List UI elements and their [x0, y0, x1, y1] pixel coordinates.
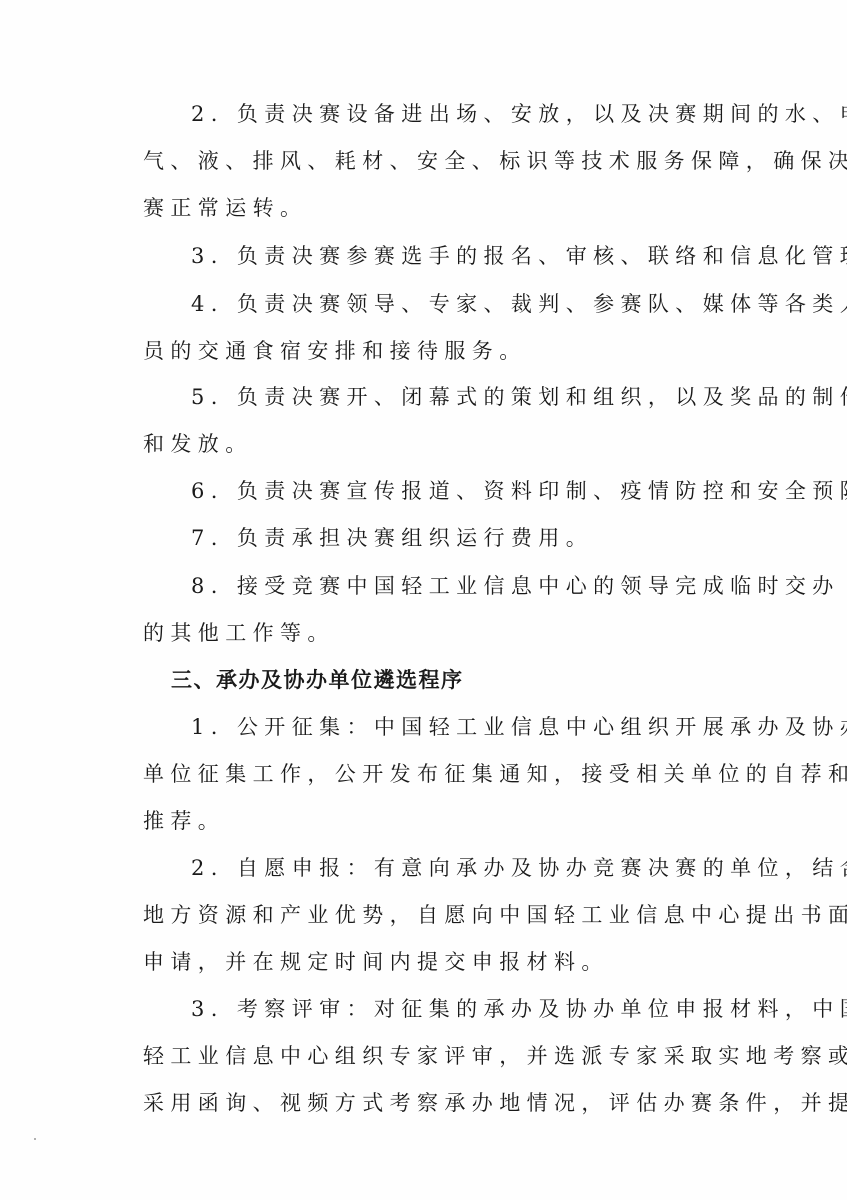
procedure-2-line-2: 地方资源和产业优势，自愿向中国轻工业信息中心提出书面 [143, 899, 847, 931]
paragraph-duty-6-line-1: 6. 负责决赛宣传报道、资料印制、疫情防控和安全预防。 [191, 475, 847, 507]
procedure-3-line-1: 3. 考察评审：对征集的承办及协办单位申报材料，中国 [191, 993, 847, 1025]
paragraph-duty-4-line-1: 4. 负责决赛领导、专家、裁判、参赛队、媒体等各类人 [191, 288, 847, 320]
paragraph-duty-2-line-1: 2. 负责决赛设备进出场、安放，以及决赛期间的水、电、 [191, 98, 847, 130]
document-page: 2. 负责决赛设备进出场、安放，以及决赛期间的水、电、 气、液、排风、耗材、安全… [0, 0, 847, 1200]
procedure-1-line-3: 推荐。 [143, 805, 225, 837]
paragraph-duty-3-line-1: 3. 负责决赛参赛选手的报名、审核、联络和信息化管理。 [191, 240, 847, 272]
paragraph-duty-7-line-1: 7. 负责承担决赛组织运行费用。 [191, 522, 593, 554]
procedure-2-line-3: 申请，并在规定时间内提交申报材料。 [143, 946, 609, 978]
paragraph-duty-5-line-1: 5. 负责决赛开、闭幕式的策划和组织，以及奖品的制作 [191, 381, 847, 413]
procedure-3-line-3: 采用函询、视频方式考察承办地情况，评估办赛条件，并提 [143, 1087, 847, 1119]
procedure-2-line-1: 2. 自愿申报：有意向承办及协办竞赛决赛的单位，结合 [191, 852, 847, 884]
paragraph-duty-5-line-2: 和发放。 [143, 428, 253, 460]
section-heading: 三、承办及协办单位遴选程序 [171, 664, 464, 696]
paragraph-duty-2-line-3: 赛正常运转。 [143, 192, 307, 224]
procedure-1-line-1: 1. 公开征集：中国轻工业信息中心组织开展承办及协办 [191, 711, 847, 743]
paragraph-duty-8-line-1: 8. 接受竞赛中国轻工业信息中心的领导完成临时交办 [191, 570, 840, 602]
scan-speck [34, 1138, 36, 1140]
paragraph-duty-4-line-2: 员的交通食宿安排和接待服务。 [143, 335, 527, 367]
paragraph-duty-2-line-2: 气、液、排风、耗材、安全、标识等技术服务保障，确保决 [143, 145, 847, 177]
procedure-3-line-2: 轻工业信息中心组织专家评审，并选派专家采取实地考察或 [143, 1040, 847, 1072]
paragraph-duty-8-line-2: 的其他工作等。 [143, 617, 335, 649]
procedure-1-line-2: 单位征集工作，公开发布征集通知，接受相关单位的自荐和 [143, 758, 847, 790]
